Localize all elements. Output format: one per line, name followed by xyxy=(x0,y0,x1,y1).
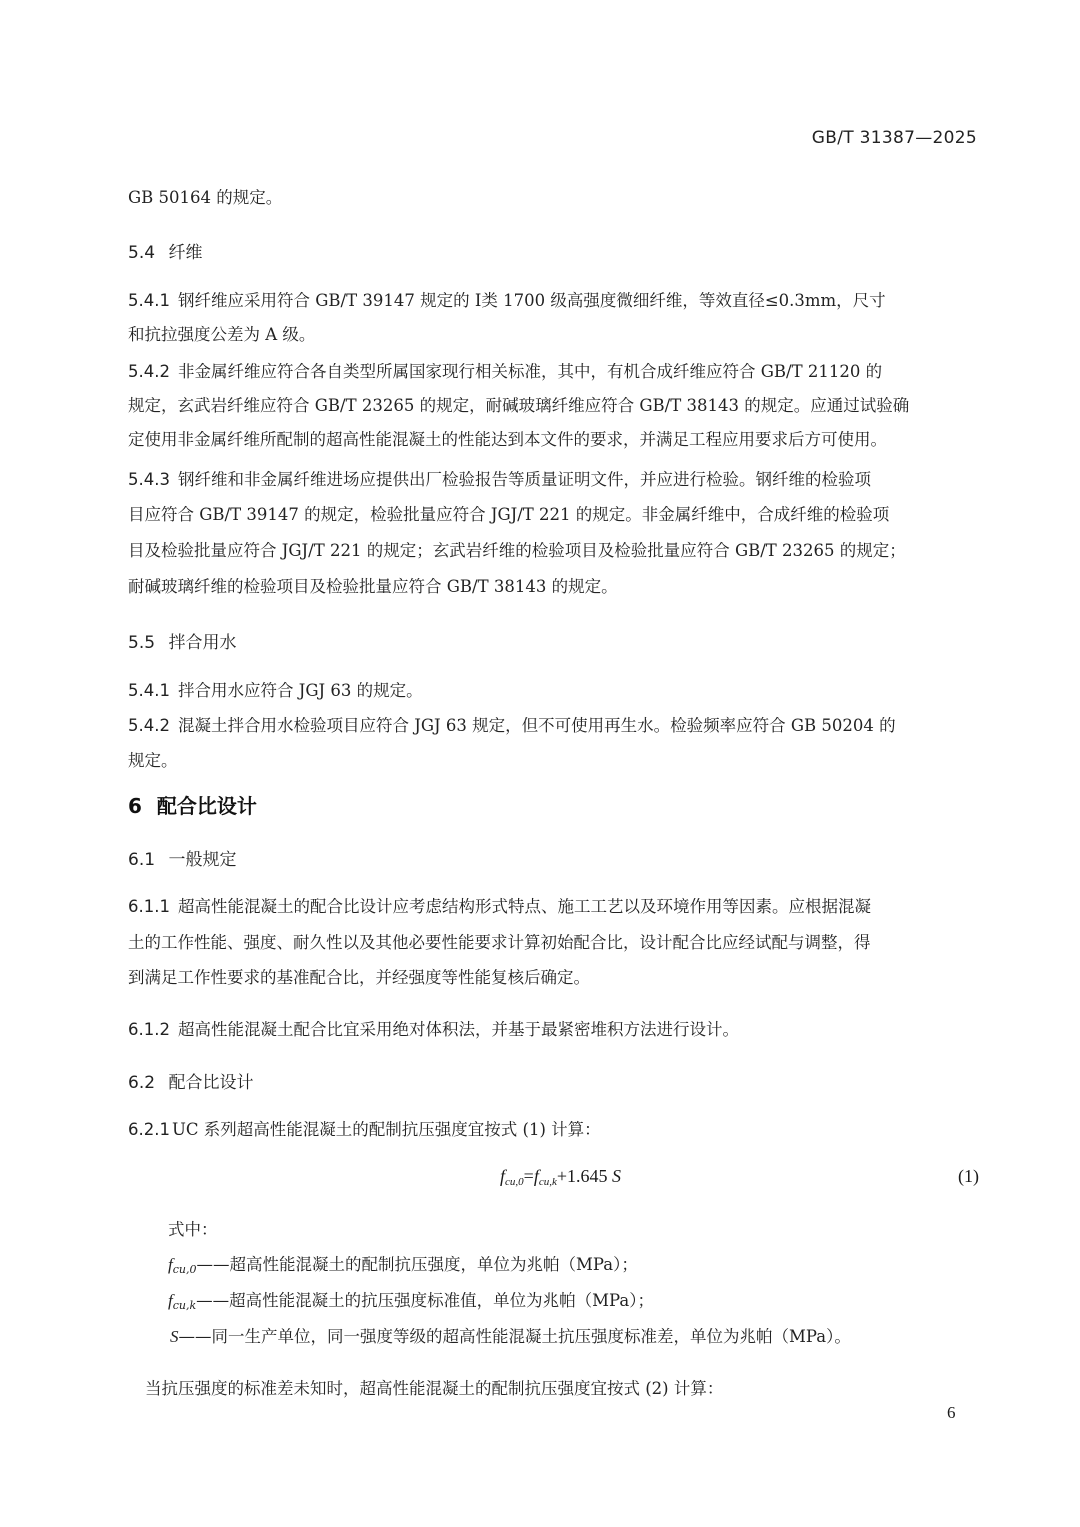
section-number: 5.5 xyxy=(128,633,155,653)
clause-number: 5.4.3 xyxy=(128,470,170,489)
clause-5-4-3-cont-3: 耐碱玻璃纤维的检验项目及检验批量应符合 GB/T 38143 的规定。 xyxy=(128,570,618,604)
clause-number: 5.4.1 xyxy=(128,291,170,310)
clause-5-4-2-cont-2: 定使用非金属纤维所配制的超高性能混凝土的性能达到本文件的要求，并满足工程应用要求… xyxy=(128,423,887,457)
clause-number: 6.1.2 xyxy=(128,1020,170,1039)
section-number: 6.1 xyxy=(128,850,155,870)
clause-5-4-3-cont-1: 目应符合 GB/T 39147 的规定，检验批量应符合 JGJ/T 221 的规… xyxy=(128,498,889,532)
clause-text: 钢纤维应采用符合 GB/T 39147 规定的 Ⅰ类 1700 级高强度微细纤维… xyxy=(178,291,886,310)
definition-text: ——超高性能混凝土的抗压强度标准值，单位为兆帕（MPa）； xyxy=(196,1291,654,1310)
section-title: 拌合用水 xyxy=(168,633,236,653)
section-6-1-heading: 6.1 一般规定 xyxy=(128,845,236,870)
definition-symbol: S xyxy=(170,1327,179,1346)
formula-S: S xyxy=(612,1166,621,1186)
section-5-4-heading: 5.4 纤维 xyxy=(128,238,202,263)
clause-number: 6.2.1 xyxy=(128,1120,170,1139)
clause-5-4-2: 5.4.2非金属纤维应符合各自类型所属国家现行相关标准，其中，有机合成纤维应符合… xyxy=(128,355,882,389)
clause-number: 6.1.1 xyxy=(128,897,170,916)
clause-5-4-2-cont-1: 规定，玄武岩纤维应符合 GB/T 23265 的规定，耐碱玻璃纤维应符合 GB/… xyxy=(128,389,909,423)
definition-S: S——同一生产单位，同一强度等级的超高性能混凝土抗压强度标准差，单位为兆帕（MP… xyxy=(170,1320,851,1354)
clause-6-1-1-cont-2: 到满足工作性要求的基准配合比，并经强度等性能复核后确定。 xyxy=(128,961,590,995)
clause-text: 钢纤维和非金属纤维进场应提供出厂检验报告等质量证明文件，并应进行检验。钢纤维的检… xyxy=(178,470,871,489)
chapter-6-heading: 6 配合比设计 xyxy=(128,790,257,819)
definition-subscript: cu,k xyxy=(173,1299,196,1312)
clause-6-2-1: 6.2.1UC 系列超高性能混凝土的配制抗压强度宜按式 (1) 计算： xyxy=(128,1113,601,1147)
formula-rhs-subscript: cu,k xyxy=(539,1176,557,1188)
clause-5-5-b: 5.4.2混凝土拌合用水检验项目应符合 JGJ 63 规定，但不可使用再生水。检… xyxy=(128,709,896,743)
section-5-5-heading: 5.5 拌合用水 xyxy=(128,628,236,653)
continued-line: GB 50164 的规定。 xyxy=(128,181,282,215)
clause-number: 5.4.2 xyxy=(128,362,170,381)
formula-lhs-subscript: cu,0 xyxy=(505,1176,524,1188)
definition-text: ——超高性能混凝土的配制抗压强度，单位为兆帕（MPa）； xyxy=(196,1255,637,1274)
section-6-2-heading: 6.2 配合比设计 xyxy=(128,1068,253,1093)
page-number: 6 xyxy=(947,1403,956,1423)
formula-1: fcu,0=fcu,k+1.645 S xyxy=(500,1166,621,1188)
chapter-title: 配合比设计 xyxy=(157,794,257,818)
clause-6-1-1-cont-1: 土的工作性能、强度、耐久性以及其他必要性能要求计算初始配合比，设计配合比应经试配… xyxy=(128,926,871,960)
clause-5-4-3: 5.4.3钢纤维和非金属纤维进场应提供出厂检验报告等质量证明文件，并应进行检验。… xyxy=(128,463,871,497)
section-title: 配合比设计 xyxy=(168,1073,253,1093)
clause-5-5-a: 5.4.1拌合用水应符合 JGJ 63 的规定。 xyxy=(128,674,423,708)
formula-1-label: (1) xyxy=(958,1166,979,1187)
definition-fcuk: fcu,k——超高性能混凝土的抗压强度标准值，单位为兆帕（MPa）； xyxy=(168,1284,654,1323)
definition-text: ——同一生产单位，同一强度等级的超高性能混凝土抗压强度标准差，单位为兆帕（MPa… xyxy=(179,1327,851,1346)
section-title: 纤维 xyxy=(168,243,202,263)
clause-number: 5.4.1 xyxy=(128,681,170,700)
chapter-number: 6 xyxy=(128,794,142,818)
clause-6-1-2: 6.1.2超高性能混凝土配合比宜采用绝对体积法，并基于最紧密堆积方法进行设计。 xyxy=(128,1013,739,1047)
clause-5-4-1: 5.4.1钢纤维应采用符合 GB/T 39147 规定的 Ⅰ类 1700 级高强… xyxy=(128,284,886,318)
definition-subscript: cu,0 xyxy=(173,1263,197,1276)
where-label: 式中： xyxy=(168,1213,218,1247)
formula-constant: +1.645 xyxy=(557,1166,612,1186)
section-number: 6.2 xyxy=(128,1073,155,1093)
clause-text: 超高性能混凝土配合比宜采用绝对体积法，并基于最紧密堆积方法进行设计。 xyxy=(178,1020,739,1039)
standard-code-header: GB/T 31387—2025 xyxy=(0,128,977,148)
clause-number: 5.4.2 xyxy=(128,716,170,735)
clause-text: 非金属纤维应符合各自类型所属国家现行相关标准，其中，有机合成纤维应符合 GB/T… xyxy=(178,362,882,381)
clause-text: 混凝土拌合用水检验项目应符合 JGJ 63 规定，但不可使用再生水。检验频率应符… xyxy=(178,716,896,735)
unknown-sd-line: 当抗压强度的标准差未知时，超高性能混凝土的配制抗压强度宜按式 (2) 计算： xyxy=(145,1372,723,1406)
clause-5-4-3-cont-2: 目及检验批量应符合 JGJ/T 221 的规定；玄武岩纤维的检验项目及检验批量应… xyxy=(128,534,906,568)
section-title: 一般规定 xyxy=(168,850,236,870)
clause-6-1-1: 6.1.1超高性能混凝土的配合比设计应考虑结构形式特点、施工工艺以及环境作用等因… xyxy=(128,890,871,924)
clause-text: UC 系列超高性能混凝土的配制抗压强度宜按式 (1) 计算： xyxy=(172,1120,601,1139)
clause-5-4-1-cont: 和抗拉强度公差为 A 级。 xyxy=(128,318,315,352)
clause-text: 超高性能混凝土的配合比设计应考虑结构形式特点、施工工艺以及环境作用等因素。应根据… xyxy=(178,897,871,916)
clause-5-5-b-cont: 规定。 xyxy=(128,744,178,778)
definition-fcu0: fcu,0——超高性能混凝土的配制抗压强度，单位为兆帕（MPa）； xyxy=(168,1248,638,1287)
section-number: 5.4 xyxy=(128,243,155,263)
formula-equals: = xyxy=(524,1166,534,1186)
clause-text: 拌合用水应符合 JGJ 63 的规定。 xyxy=(178,681,423,700)
